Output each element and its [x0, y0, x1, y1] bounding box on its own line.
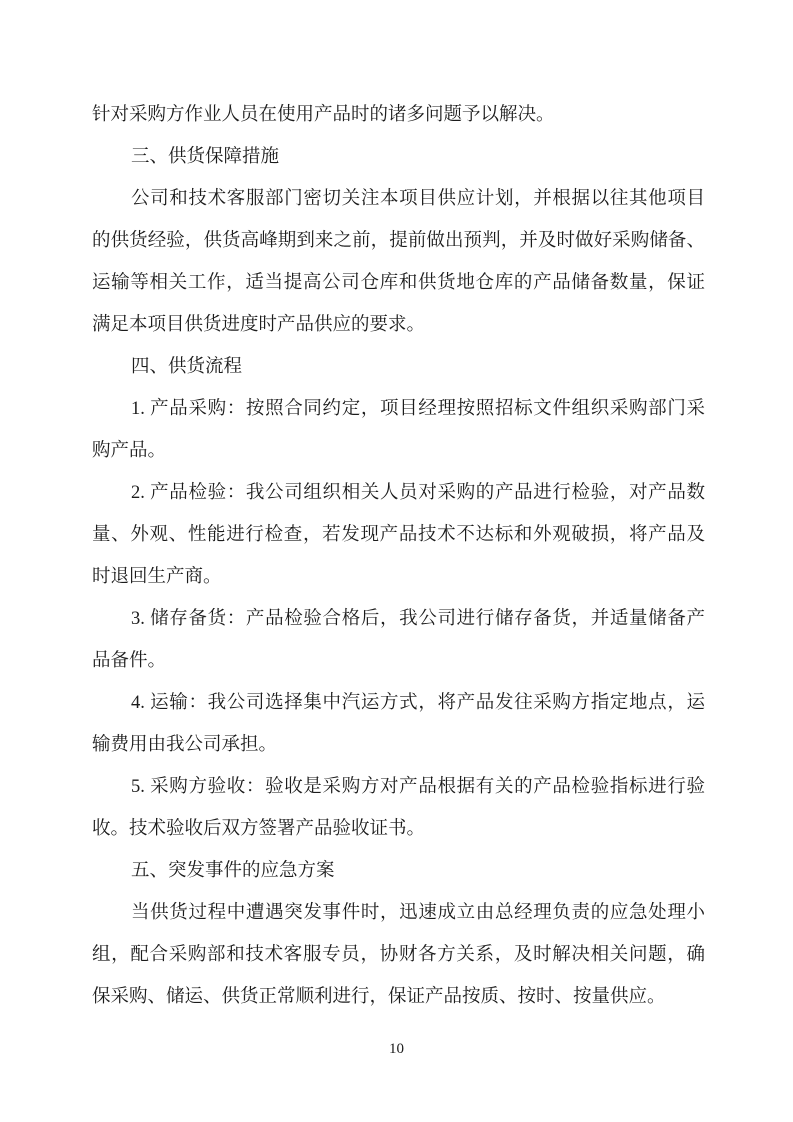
text-line: 时退回生产商。	[92, 556, 705, 598]
text-line: 1. 产品采购：按照合同约定，项目经理按照招标文件组织采购部门采	[92, 388, 705, 430]
text-line: 运输等相关工作，适当提高公司仓库和供货地仓库的产品储备数量，保证	[92, 262, 705, 304]
text-line: 四、供货流程	[92, 346, 705, 388]
text-line: 的供货经验，供货高峰期到来之前，提前做出预判，并及时做好采购储备、	[92, 220, 705, 262]
document-body: 针对采购方作业人员在使用产品时的诸多问题予以解决。三、供货保障措施公司和技术客服…	[92, 94, 705, 1018]
page-footer: 10	[0, 1039, 793, 1059]
text-line: 输费用由我公司承担。	[92, 724, 705, 766]
text-line: 收。技术验收后双方签署产品验收证书。	[92, 808, 705, 850]
text-line: 满足本项目供货进度时产品供应的要求。	[92, 304, 705, 346]
text-line: 品备件。	[92, 640, 705, 682]
text-line: 4. 运输：我公司选择集中汽运方式，将产品发往采购方指定地点，运	[92, 682, 705, 724]
text-line: 当供货过程中遭遇突发事件时，迅速成立由总经理负责的应急处理小	[92, 892, 705, 934]
text-line: 量、外观、性能进行检查，若发现产品技术不达标和外观破损，将产品及	[92, 514, 705, 556]
text-line: 针对采购方作业人员在使用产品时的诸多问题予以解决。	[92, 94, 705, 136]
document-page: 针对采购方作业人员在使用产品时的诸多问题予以解决。三、供货保障措施公司和技术客服…	[0, 0, 793, 1122]
text-line: 组，配合采购部和技术客服专员，协财各方关系，及时解决相关问题，确	[92, 934, 705, 976]
text-line: 3. 储存备货：产品检验合格后，我公司进行储存备货，并适量储备产	[92, 598, 705, 640]
text-line: 公司和技术客服部门密切关注本项目供应计划，并根据以往其他项目	[92, 178, 705, 220]
text-line: 保采购、储运、供货正常顺利进行，保证产品按质、按时、按量供应。	[92, 976, 705, 1018]
text-line: 5. 采购方验收：验收是采购方对产品根据有关的产品检验指标进行验	[92, 766, 705, 808]
text-line: 购产品。	[92, 430, 705, 472]
text-line: 三、供货保障措施	[92, 136, 705, 178]
text-line: 2. 产品检验：我公司组织相关人员对采购的产品进行检验，对产品数	[92, 472, 705, 514]
page-number: 10	[389, 1041, 404, 1057]
text-line: 五、突发事件的应急方案	[92, 850, 705, 892]
